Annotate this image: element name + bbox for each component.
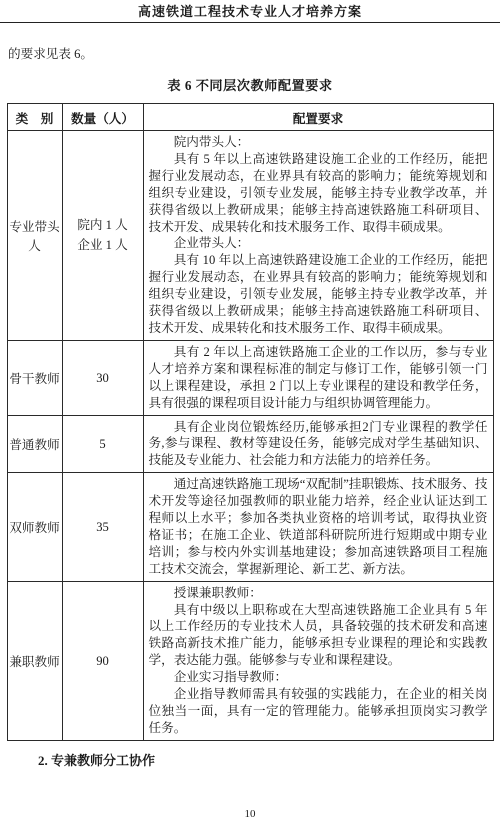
quantity-line: 35 <box>63 517 143 537</box>
requirement-paragraph: 企业带头人： <box>149 235 488 252</box>
quantity-line: 90 <box>63 651 143 671</box>
category-cell: 兼职教师 <box>7 581 62 740</box>
category-cell: 骨干教师 <box>7 340 62 415</box>
requirement-paragraph: 具有中级以上职称或在大型高速铁路施工企业具有 5 年以上工作经历的专业技术人员，… <box>149 602 488 670</box>
quantity-line: 院内 1 人 <box>63 215 143 235</box>
requirement-paragraph: 具有企业岗位锻炼经历,能够承担2门专业课程的教学任务,参与课程、教材等建设任务，… <box>149 419 488 470</box>
requirement-cell: 具有企业岗位锻炼经历,能够承担2门专业课程的教学任务,参与课程、教材等建设任务，… <box>143 415 493 473</box>
requirement-cell: 院内带头人： 具有 5 年以上高速铁路建设施工企业的工作经历，能把握行业发展动态… <box>143 131 493 341</box>
quantity-cell: 35 <box>62 473 143 581</box>
requirement-paragraph: 具有 2 年以上高速铁路施工企业的工作以历，参与专业人才培养方案和课程标准的制定… <box>149 344 488 412</box>
requirement-paragraph: 具有 10 年以上高速铁路建设施工企业的工作经历，能把握行业发展动态，在业界具有… <box>149 252 488 337</box>
requirement-paragraph: 授课兼职教师： <box>149 585 488 602</box>
col-header-quantity: 数量（人） <box>62 104 143 131</box>
table-row-dual: 双师教师 35 通过高速铁路施工现场“双配制”挂职锻炼、技术服务、技术开发等途径… <box>7 473 493 581</box>
quantity-line: 30 <box>63 368 143 388</box>
category-cell: 普通教师 <box>7 415 62 473</box>
page-header-title: 高速铁道工程技术专业人才培养方案 <box>0 0 500 19</box>
quantity-cell: 5 <box>62 415 143 473</box>
table-header-row: 类 别 数量（人） 配置要求 <box>7 104 493 131</box>
table-row-backbone: 骨干教师 30 具有 2 年以上高速铁路施工企业的工作以历，参与专业人才培养方案… <box>7 340 493 415</box>
col-header-category: 类 别 <box>7 104 62 131</box>
requirement-cell: 授课兼职教师： 具有中级以上职称或在大型高速铁路施工企业具有 5 年以上工作经历… <box>143 581 493 740</box>
intro-text: 的要求见表 6。 <box>8 46 492 62</box>
requirement-paragraph: 具有 5 年以上高速铁路建设施工企业的工作经历，能把握行业发展动态，在业界具有较… <box>149 151 488 236</box>
requirement-paragraph: 企业指导教师需具有较强的实践能力，在企业的相关岗位独当一面，具有一定的管理能力。… <box>149 686 488 737</box>
quantity-line: 企业 1 人 <box>63 235 143 255</box>
quantity-cell: 院内 1 人 企业 1 人 <box>62 131 143 341</box>
header-divider <box>0 22 500 23</box>
table-row-parttime: 兼职教师 90 授课兼职教师： 具有中级以上职称或在大型高速铁路施工企业具有 5… <box>7 581 493 740</box>
requirement-paragraph: 通过高速铁路施工现场“双配制”挂职锻炼、技术服务、技术开发等途径加强教师的职业能… <box>149 476 488 577</box>
teacher-config-table: 类 别 数量（人） 配置要求 专业带头人 院内 1 人 企业 1 人 院内带头人… <box>7 103 494 741</box>
requirement-cell: 具有 2 年以上高速铁路施工企业的工作以历，参与专业人才培养方案和课程标准的制定… <box>143 340 493 415</box>
table-row-leader: 专业带头人 院内 1 人 企业 1 人 院内带头人： 具有 5 年以上高速铁路建… <box>7 131 493 341</box>
page-number: 10 <box>0 808 500 820</box>
category-cell: 双师教师 <box>7 473 62 581</box>
requirement-paragraph: 企业实习指导教师： <box>149 669 488 686</box>
table-title: 表 6 不同层次教师配置要求 <box>0 75 500 94</box>
requirement-cell: 通过高速铁路施工现场“双配制”挂职锻炼、技术服务、技术开发等途径加强教师的职业能… <box>143 473 493 581</box>
requirement-paragraph: 院内带头人： <box>149 134 488 151</box>
category-cell: 专业带头人 <box>7 131 62 341</box>
quantity-cell: 90 <box>62 581 143 740</box>
col-header-requirement: 配置要求 <box>143 104 493 131</box>
quantity-cell: 30 <box>62 340 143 415</box>
section-heading: 2. 专兼教师分工协作 <box>38 750 500 769</box>
table-row-ordinary: 普通教师 5 具有企业岗位锻炼经历,能够承担2门专业课程的教学任务,参与课程、教… <box>7 415 493 473</box>
quantity-line: 5 <box>63 434 143 454</box>
